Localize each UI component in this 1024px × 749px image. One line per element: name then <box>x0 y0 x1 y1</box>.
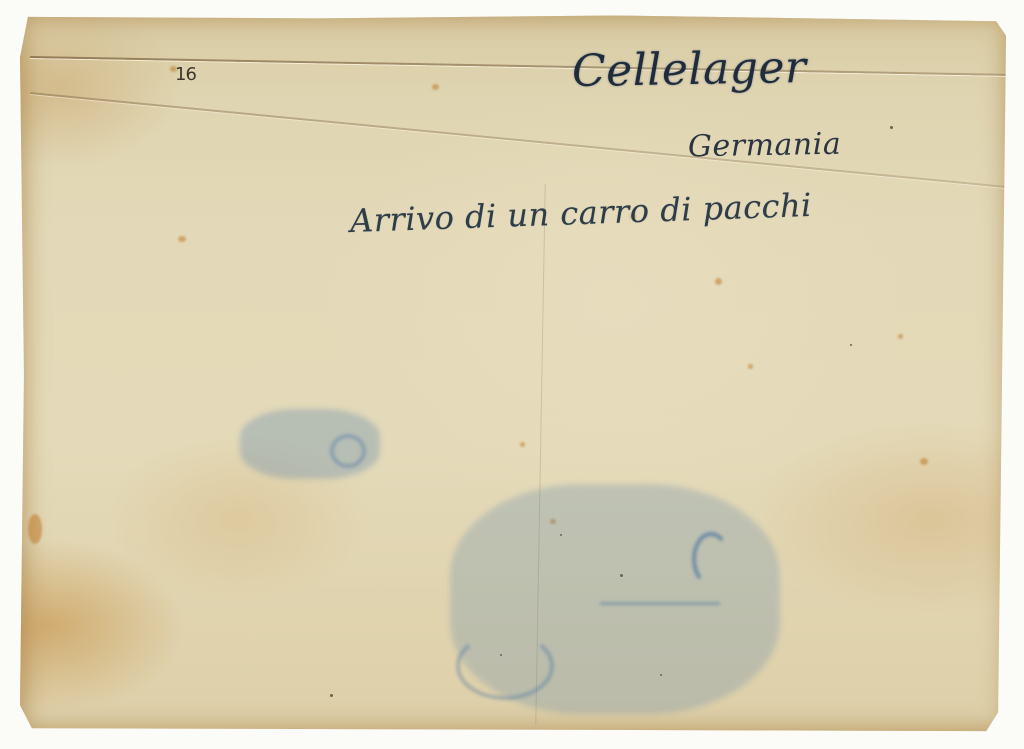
handwritten-note: Arrivo di un carro di pacchi <box>349 186 812 240</box>
postmark-arc <box>456 632 554 700</box>
page-number: 16 <box>175 64 196 85</box>
postmark-ring <box>330 434 366 468</box>
foxing-spot <box>520 442 525 447</box>
foxing-spot <box>898 334 903 339</box>
foxing-spot <box>715 278 722 285</box>
envelope: 16 Cellelager Germania Arrivo di un carr… <box>20 14 1010 734</box>
scan-canvas: 16 Cellelager Germania Arrivo di un carr… <box>0 0 1024 749</box>
foxing-spot <box>28 514 42 544</box>
postmark-arc <box>692 532 730 586</box>
foxing-spot <box>432 84 439 90</box>
foxing-spot <box>178 236 186 242</box>
foxing-spot <box>920 458 928 465</box>
dirt-speck <box>330 694 333 697</box>
dirt-speck <box>890 126 893 129</box>
flap-crease-line <box>30 92 1011 188</box>
handwritten-country: Germania <box>688 127 842 165</box>
handwritten-place: Cellelager <box>572 42 807 97</box>
postmark-line <box>600 602 720 605</box>
foxing-spot <box>748 364 753 369</box>
flap-shade <box>20 14 1010 94</box>
dirt-speck <box>850 344 852 346</box>
